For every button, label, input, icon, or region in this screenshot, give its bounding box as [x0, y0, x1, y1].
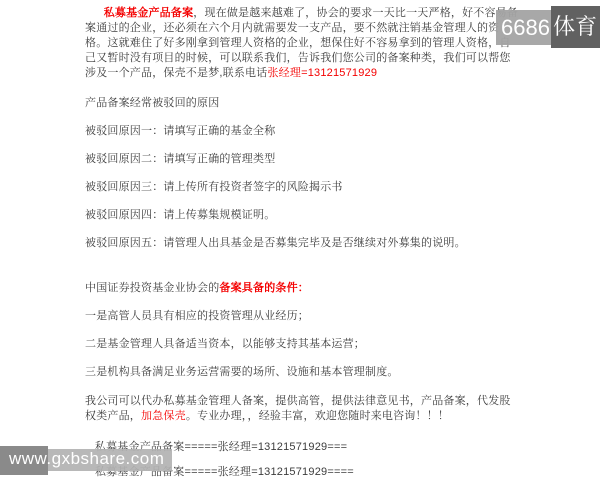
intro-contact-phone: 张经理=13121571929	[267, 67, 377, 79]
conditions-heading-prefix: 中国证券投资基金业协会的	[85, 282, 219, 294]
ad-watermark-label: 体育	[551, 6, 600, 48]
rejection-item-2: 被驳回原因二：请填写正确的管理类型	[85, 152, 521, 167]
rejection-item-3: 被驳回原因三：请上传所有投资者签字的风险揭示书	[85, 180, 521, 195]
ad-watermark-number: 6686	[496, 10, 551, 45]
intro-lead-keyword: 私募基金产品备案	[104, 7, 194, 19]
conditions-heading-keyword: 备案具备的条件：	[219, 282, 309, 294]
document-page: 私募基金产品备案，现在做是越来越难了，协会的要求一天比一天严格，好不容易备案通过…	[0, 0, 600, 480]
services-paragraph: 我公司可以代办私募基金管理人备案，提供高管，提供法律意见书，产品备案，代发股权类…	[85, 394, 521, 424]
condition-item-2: 二是基金管理人具备适当资本，以能够支持其基本运营；	[85, 337, 521, 352]
services-urgent-keyword: 加急保壳	[141, 410, 186, 422]
site-watermark-url: www.gxbshare.com	[9, 449, 164, 469]
document-content: 私募基金产品备案，现在做是越来越难了，协会的要求一天比一天严格，好不容易备案通过…	[85, 6, 521, 480]
ad-watermark-6686-sports[interactable]: 6686 体育	[496, 6, 600, 48]
condition-item-1: 一是高管人员具有相应的投资管理从业经历；	[85, 309, 521, 324]
intro-paragraph: 私募基金产品备案，现在做是越来越难了，协会的要求一天比一天严格，好不容易备案通过…	[85, 6, 521, 81]
condition-item-3: 三是机构具备满足业务运营需要的场所、设施和基本管理制度。	[85, 365, 521, 380]
rejection-heading: 产品备案经常被驳回的原因	[85, 96, 521, 111]
rejection-item-4: 被驳回原因四：请上传募集规模证明。	[85, 208, 521, 223]
rejection-item-1: 被驳回原因一：请填写正确的基金全称	[85, 124, 521, 139]
conditions-heading: 中国证券投资基金业协会的备案具备的条件：	[85, 281, 521, 296]
site-watermark: www.gxbshare.com	[0, 446, 176, 476]
rejection-item-5: 被驳回原因五：请管理人出具基金是否募集完毕及是否继续对外募集的说明。	[85, 236, 521, 251]
services-text-2: 。专业办理，，经验丰富，欢迎您随时来电咨询！！！	[186, 410, 449, 422]
